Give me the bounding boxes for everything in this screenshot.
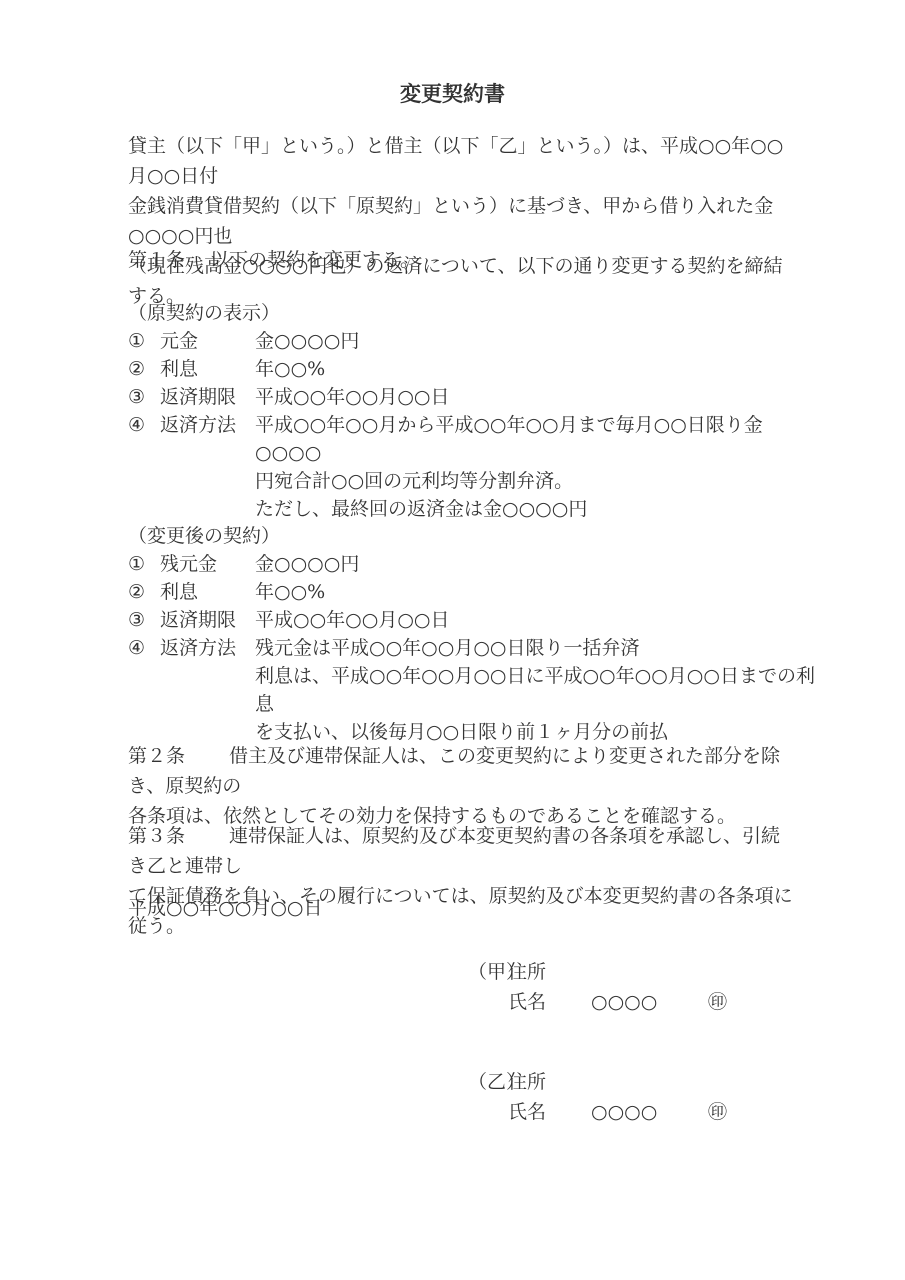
date-line: 平成○○年○○月○○日 bbox=[128, 893, 628, 923]
contract-document-page: 変更契約書 貸主（以下「甲」という。）と借主（以下「乙」という。）は、平成○○年… bbox=[0, 0, 905, 1280]
article3-paragraph: 第３条 連帯保証人は、原契約及び本変更契約書の各条項を承認し、引続き乙と連帯し … bbox=[128, 821, 793, 941]
item-number: ② bbox=[128, 355, 160, 383]
party-label: （甲） bbox=[468, 957, 508, 987]
address-label: 住所 bbox=[508, 1067, 591, 1097]
item-value: 平成○○年○○月○○日 bbox=[255, 606, 828, 634]
signature-address-row: （乙） 住所 bbox=[468, 1067, 848, 1097]
article2-paragraph: 第２条 借主及び連帯保証人は、この変更契約により変更された部分を除き、原契約の … bbox=[128, 741, 793, 831]
item-label: 返済方法 bbox=[160, 411, 255, 439]
signature-name-row: 氏名 ○○○○ ㊞ bbox=[468, 1097, 848, 1127]
amended-item-principal: ① 残元金 金○○○○円 bbox=[128, 550, 828, 578]
item-number: ④ bbox=[128, 634, 160, 662]
item-value: 金○○○○円 bbox=[255, 550, 828, 578]
original-item-principal: ① 元金 金○○○○円 bbox=[128, 327, 828, 355]
item-number: ② bbox=[128, 578, 160, 606]
name-label: 氏名 bbox=[508, 987, 591, 1017]
item-number: ③ bbox=[128, 606, 160, 634]
article3-line-1: 第３条 連帯保証人は、原契約及び本変更契約書の各条項を承認し、引続き乙と連帯し bbox=[128, 821, 793, 881]
intro-paragraph: 貸主（以下「甲」という。）と借主（以下「乙」という。）は、平成○○年○○月○○日… bbox=[128, 131, 793, 311]
name-value: ○○○○ bbox=[591, 1097, 708, 1127]
document-title: 変更契約書 bbox=[0, 80, 905, 108]
item-number: ① bbox=[128, 327, 160, 355]
party-label: （乙） bbox=[468, 1067, 508, 1097]
item-label: 利息 bbox=[160, 578, 255, 606]
amended-item-deadline: ③ 返済期限 平成○○年○○月○○日 bbox=[128, 606, 828, 634]
amended-contract-caption: （変更後の契約） bbox=[128, 522, 793, 550]
item-value: 平成○○年○○月から平成○○年○○月まで毎月○○日限り金○○○○ 円宛合計○○回… bbox=[255, 411, 828, 523]
item-value: 平成○○年○○月○○日 bbox=[255, 383, 828, 411]
signature-address-row: （甲） 住所 bbox=[468, 957, 848, 987]
item-label: 残元金 bbox=[160, 550, 255, 578]
item-label: 利息 bbox=[160, 355, 255, 383]
original-item-method: ④ 返済方法 平成○○年○○月から平成○○年○○月まで毎月○○日限り金○○○○ … bbox=[128, 411, 828, 523]
name-value: ○○○○ bbox=[591, 987, 708, 1017]
amended-item-interest: ② 利息 年○○% bbox=[128, 578, 828, 606]
name-label: 氏名 bbox=[508, 1097, 591, 1127]
item-label: 元金 bbox=[160, 327, 255, 355]
amended-contract-items: ① 残元金 金○○○○円 ② 利息 年○○% ③ 返済期限 平成○○年○○月○○… bbox=[128, 550, 828, 746]
item-number: ③ bbox=[128, 383, 160, 411]
item-value: 残元金は平成○○年○○月○○日限り一括弁済 利息は、平成○○年○○月○○日に平成… bbox=[255, 634, 828, 746]
signature-name-row: 氏名 ○○○○ ㊞ bbox=[468, 987, 848, 1017]
item-value: 金○○○○円 bbox=[255, 327, 828, 355]
original-item-deadline: ③ 返済期限 平成○○年○○月○○日 bbox=[128, 383, 828, 411]
signature-block-kou: （甲） 住所 氏名 ○○○○ ㊞ bbox=[468, 957, 848, 1017]
original-item-interest: ② 利息 年○○% bbox=[128, 355, 828, 383]
address-label: 住所 bbox=[508, 957, 591, 987]
original-contract-caption: （原契約の表示） bbox=[128, 299, 793, 327]
article1-heading: 第１条 以下の契約を変更する。 bbox=[128, 245, 793, 275]
item-value: 年○○% bbox=[255, 578, 828, 606]
seal-mark-icon: ㊞ bbox=[708, 987, 727, 1017]
item-label: 返済方法 bbox=[160, 634, 255, 662]
item-label: 返済期限 bbox=[160, 383, 255, 411]
article2-line-1: 第２条 借主及び連帯保証人は、この変更契約により変更された部分を除き、原契約の bbox=[128, 741, 793, 801]
item-number: ① bbox=[128, 550, 160, 578]
item-label: 返済期限 bbox=[160, 606, 255, 634]
original-contract-items: ① 元金 金○○○○円 ② 利息 年○○% ③ 返済期限 平成○○年○○月○○日… bbox=[128, 327, 828, 523]
seal-mark-icon: ㊞ bbox=[708, 1097, 727, 1127]
intro-line-1: 貸主（以下「甲」という。）と借主（以下「乙」という。）は、平成○○年○○月○○日… bbox=[128, 131, 793, 191]
item-value: 年○○% bbox=[255, 355, 828, 383]
item-number: ④ bbox=[128, 411, 160, 439]
signature-block-otsu: （乙） 住所 氏名 ○○○○ ㊞ bbox=[468, 1067, 848, 1127]
intro-line-2: 金銭消費貸借契約（以下「原契約」という）に基づき、甲から借り入れた金○○○○円也 bbox=[128, 191, 793, 251]
amended-item-method: ④ 返済方法 残元金は平成○○年○○月○○日限り一括弁済 利息は、平成○○年○○… bbox=[128, 634, 828, 746]
